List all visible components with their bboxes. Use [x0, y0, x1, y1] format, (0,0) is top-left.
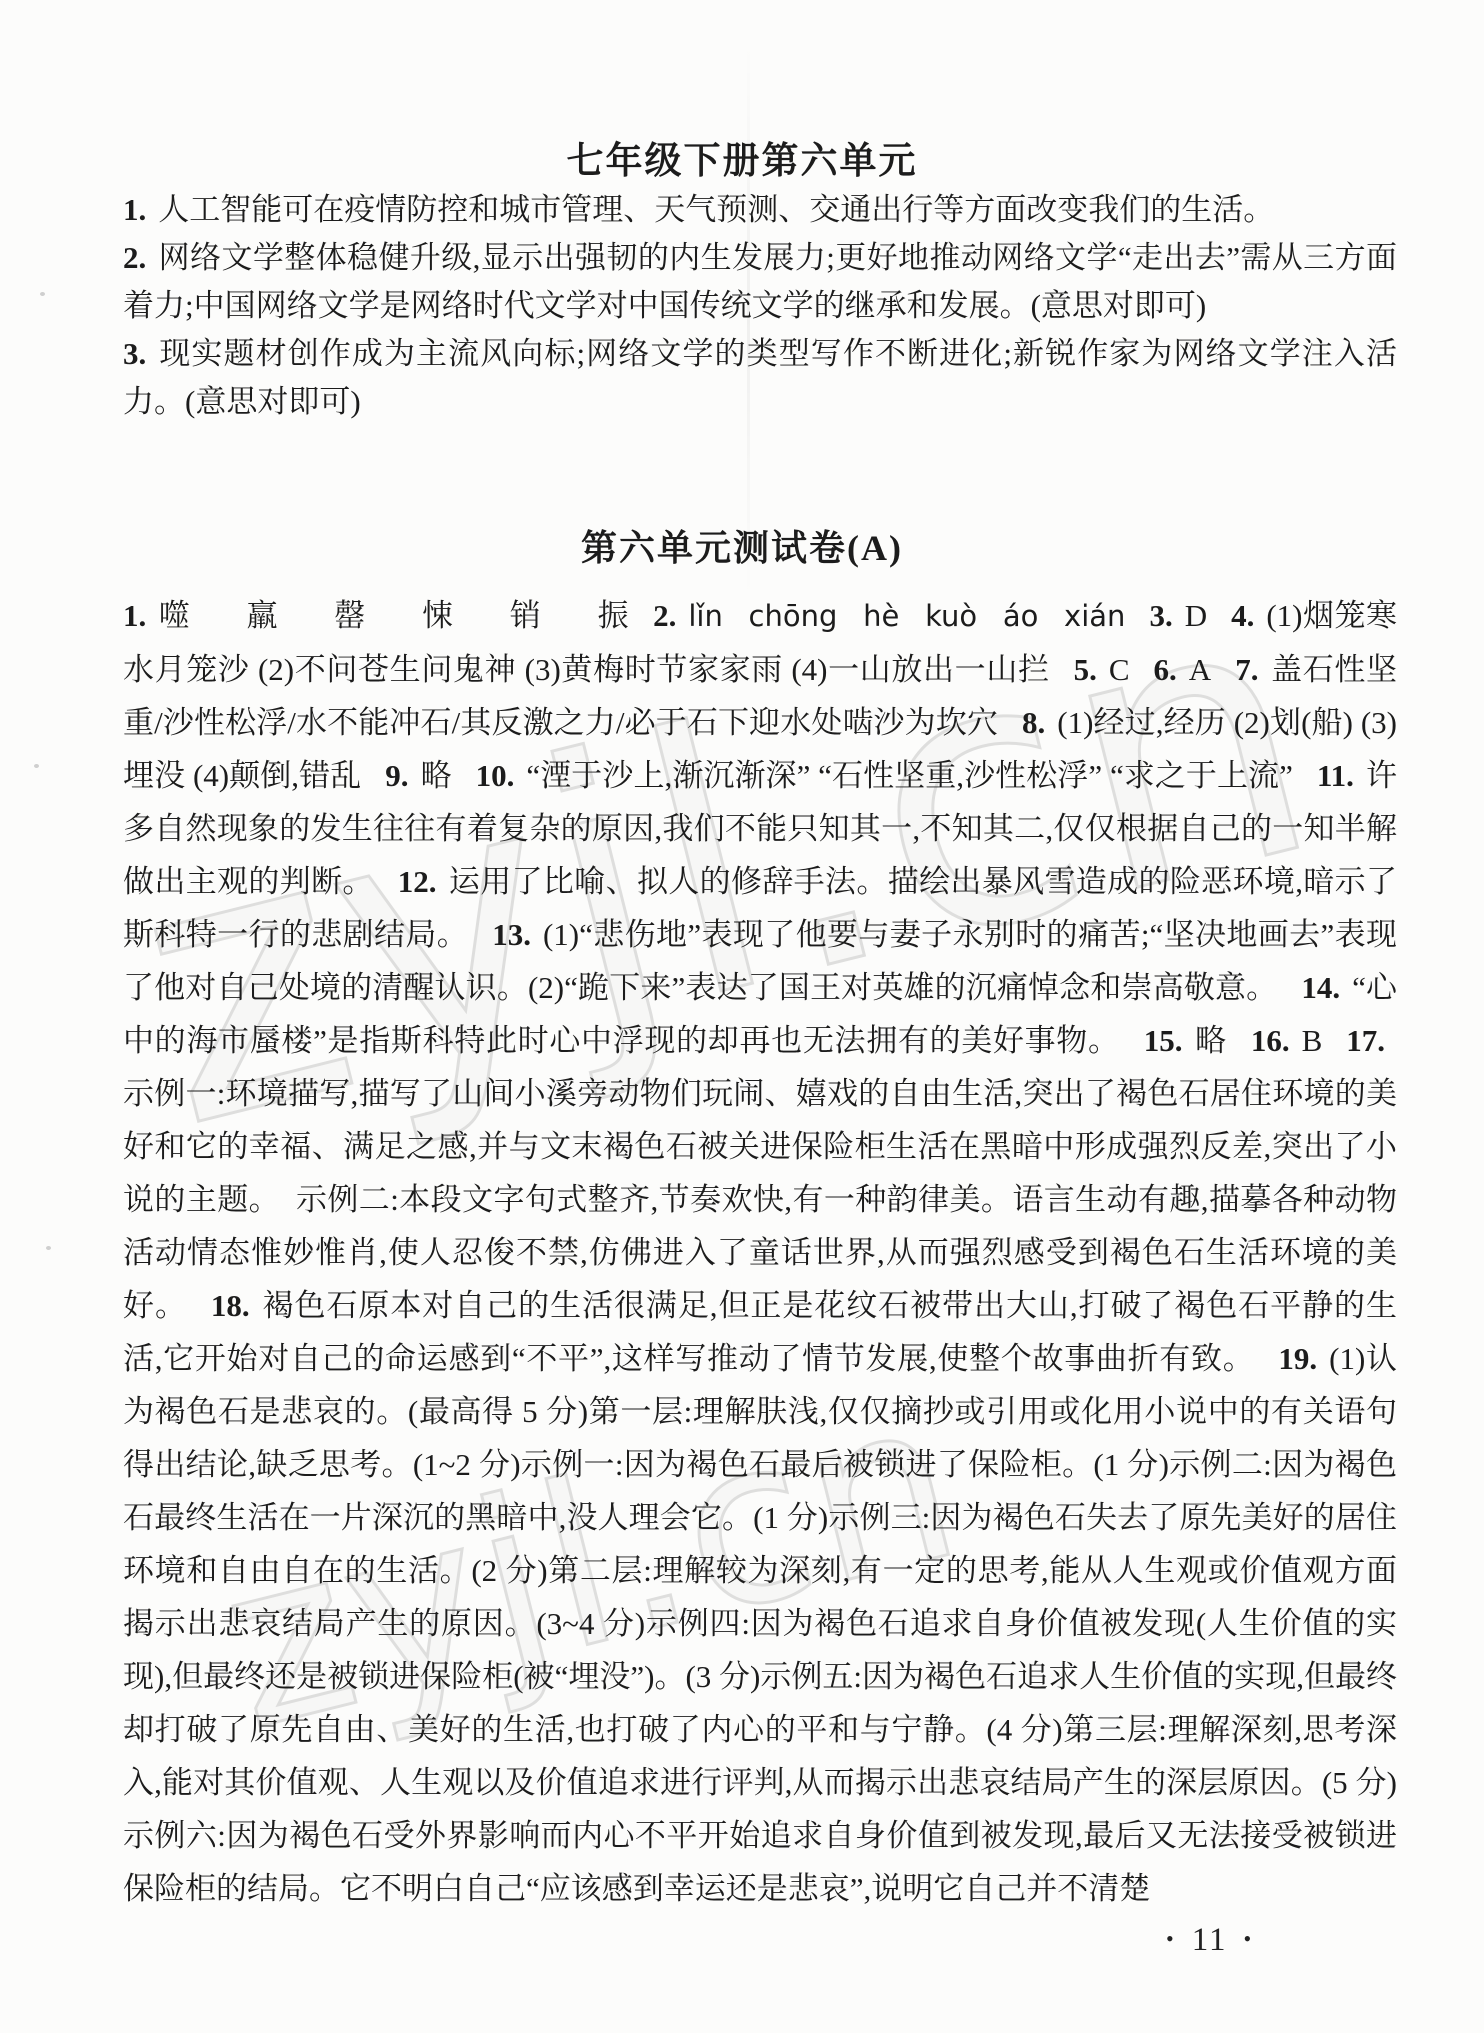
answer-number: 6. [1154, 652, 1177, 687]
answer-number: 17. [1346, 1023, 1385, 1058]
answer-number: 8. [1022, 705, 1045, 740]
answer-text: 褐色石原本对自己的生活很满足,但正是花纹石被带出大山,打破了褐色石平静的生活,它… [123, 1288, 1397, 1376]
unit-title: 七年级下册第六单元 [0, 130, 1484, 184]
answer-text: (1)认为褐色石是悲哀的。(最高得 5 分)第一层:理解肤浅,仅仅摘抄或引用或化… [123, 1341, 1397, 1906]
answer-text: D [1185, 598, 1207, 633]
answer-number: 13. [492, 917, 531, 952]
page-number: 11 [1192, 1922, 1228, 1958]
answer-number: 3. [123, 336, 146, 371]
answer-number: 2. [653, 598, 676, 633]
answer-number: 10. [476, 758, 515, 793]
scanned-answer-page: zyjl.cn zyjl.cn 七年级下册第六单元 1.人工智能可在疫情防控和城… [0, 0, 1484, 2033]
answer-number: 9. [385, 758, 408, 793]
answer-number: 12. [398, 864, 437, 899]
answer-text: A [1189, 652, 1211, 687]
answer-text: 人工智能可在疫情防控和城市管理、天气预测、交通出行等方面改变我们的生活。 [158, 192, 1274, 227]
scan-speck [46, 1246, 51, 1250]
answer-number: 2. [123, 240, 146, 275]
answer-number: 5. [1074, 652, 1097, 687]
answer-text: C [1109, 652, 1130, 687]
answer-item: 2.网络文学整体稳健升级,显示出强韧的内生发展力;更好地推动网络文学“走出去”需… [123, 234, 1397, 330]
page-number-footer: •11• [1150, 1922, 1269, 1959]
answer-text: 网络文学整体稳健升级,显示出强韧的内生发展力;更好地推动网络文学“走出去”需从三… [123, 240, 1397, 323]
answer-text: 噬 羸 罄 悚 销 振 [158, 598, 653, 633]
answer-number: 14. [1301, 970, 1340, 1005]
test-answers-section: 1.噬 羸 罄 悚 销 振2.lǐn chōng hè kuò áo xián3… [123, 589, 1397, 1915]
answer-number: 4. [1231, 598, 1254, 633]
scan-speck [34, 764, 39, 768]
answer-number: 11. [1317, 758, 1354, 793]
answer-number: 7. [1235, 652, 1258, 687]
unit-answers-section: 1.人工智能可在疫情防控和城市管理、天气预测、交通出行等方面改变我们的生活。2.… [123, 186, 1397, 426]
test-answers-flow: 1.噬 羸 罄 悚 销 振2.lǐn chōng hè kuò áo xián3… [123, 589, 1397, 1915]
answer-number: 16. [1251, 1023, 1290, 1058]
footer-right-dot: • [1243, 1926, 1253, 1951]
answer-text: 略 [421, 758, 452, 793]
answer-number: 15. [1144, 1023, 1183, 1058]
answer-number: 1. [123, 192, 146, 227]
test-paper-title: 第六单元测试卷(A) [0, 520, 1484, 571]
answer-number: 19. [1278, 1341, 1317, 1376]
answer-number: 1. [123, 598, 146, 633]
answer-item: 3.现实题材创作成为主流风向标;网络文学的类型写作不断进化;新锐作家为网络文学注… [123, 330, 1397, 426]
answer-text: 略 [1194, 1023, 1226, 1058]
footer-left-dot: • [1166, 1926, 1176, 1951]
answer-text: 现实题材创作成为主流风向标;网络文学的类型写作不断进化;新锐作家为网络文学注入活… [123, 336, 1397, 419]
answer-number: 3. [1149, 598, 1172, 633]
answer-text: 示例一:环境描写,描写了山间小溪旁动物们玩闹、嬉戏的自由生活,突出了褐色石居住环… [123, 1076, 1397, 1323]
answer-number: 18. [211, 1288, 250, 1323]
answer-text: B [1302, 1023, 1323, 1058]
scan-speck [40, 292, 45, 296]
answer-item: 1.人工智能可在疫情防控和城市管理、天气预测、交通出行等方面改变我们的生活。 [123, 186, 1397, 234]
answer-text: lǐn chōng hè kuò áo xián [688, 599, 1125, 633]
answer-text: “湮于沙上,渐沉渐深” “石性坚重,沙性松浮” “求之于上流” [526, 758, 1292, 793]
